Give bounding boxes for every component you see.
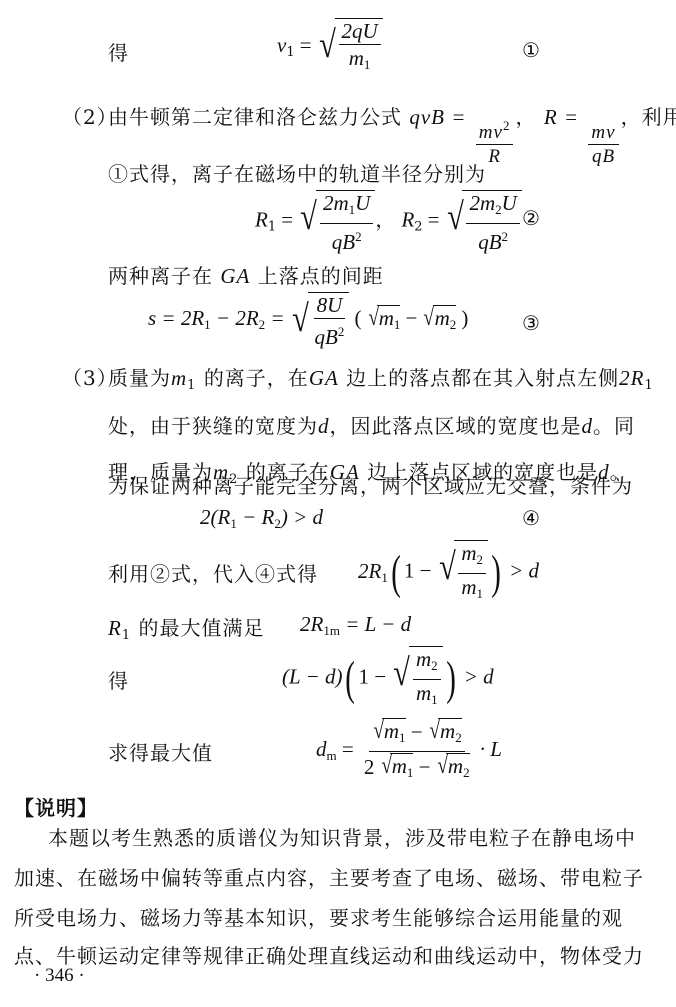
step3-line1: 质量为m1 的离子，在GA 边上的落点都在其入射点左侧2R1 [108,362,654,393]
step3-line7-text: 得 [108,665,129,694]
equation-tag-3: ③ [522,311,540,335]
note-line-3: 所受电场力、磁场力等基本知识，要求考生能够综合运用能量的观 [14,902,623,931]
note-heading: 【说明】 [14,792,98,821]
equation-substituted: 2R1(1 − √m2m1) > d [358,540,539,606]
step3-line6: R1 的最大值满足 [108,612,264,643]
equation-inequality: (L − d)(1 − √m2m1) > d [282,646,494,712]
step3-line4: 为保证两种离子能完全分离，两个区域应无交叠，条件为 [108,470,633,499]
equation-tag-1: ① [522,38,540,62]
step3-line8-text: 求得最大值 [108,737,213,766]
fraction-mv-over-qB: mvqB [588,122,618,167]
note-line-1: 本题以考生熟悉的质谱仪为知识背景，涉及带电粒子在静电场中 [48,822,636,851]
step3-line2: 处，由于狭缝的宽度为d，因此落点区域的宽度也是d。同 [108,410,635,439]
step2-line3: 两种离子在 GA 上落点的间距 [108,260,384,289]
equation-v1: v1 = √ 2qUm1 [277,18,383,77]
equation-radii: R1 = √ 2m1UqB2 ， R2 = √ 2m2UqB2 [255,190,522,254]
equation-tag-2: ② [522,206,540,230]
equation-dmax: dm = √m1 − √m2 2 √m1 − √m2 · L [316,718,502,785]
step1-lead: 得 [108,37,129,66]
note-line-4: 点、牛顿运动定律等规律正确处理直线运动和曲线运动中，物体受力 [14,940,644,969]
equation-spacing: s = 2R1 − 2R2 = √ 8UqB2 ( √m1 − √m2 ) [148,292,468,349]
note-line-2: 加速、在磁场中偏转等重点内容，主要考查了电场、磁场、带电粒子 [14,862,644,891]
step2-line2: ①式得，离子在磁场中的轨道半径分别为 [108,158,486,187]
equation-condition: 2(R1 − R2) > d [200,505,323,532]
step3-line5-text: 利用②式，代入④式得 [108,558,318,587]
equation-max-r1: 2R1m = L − d [300,612,411,639]
page-number: · 346 · [34,965,85,987]
equation-tag-4: ④ [522,506,540,530]
